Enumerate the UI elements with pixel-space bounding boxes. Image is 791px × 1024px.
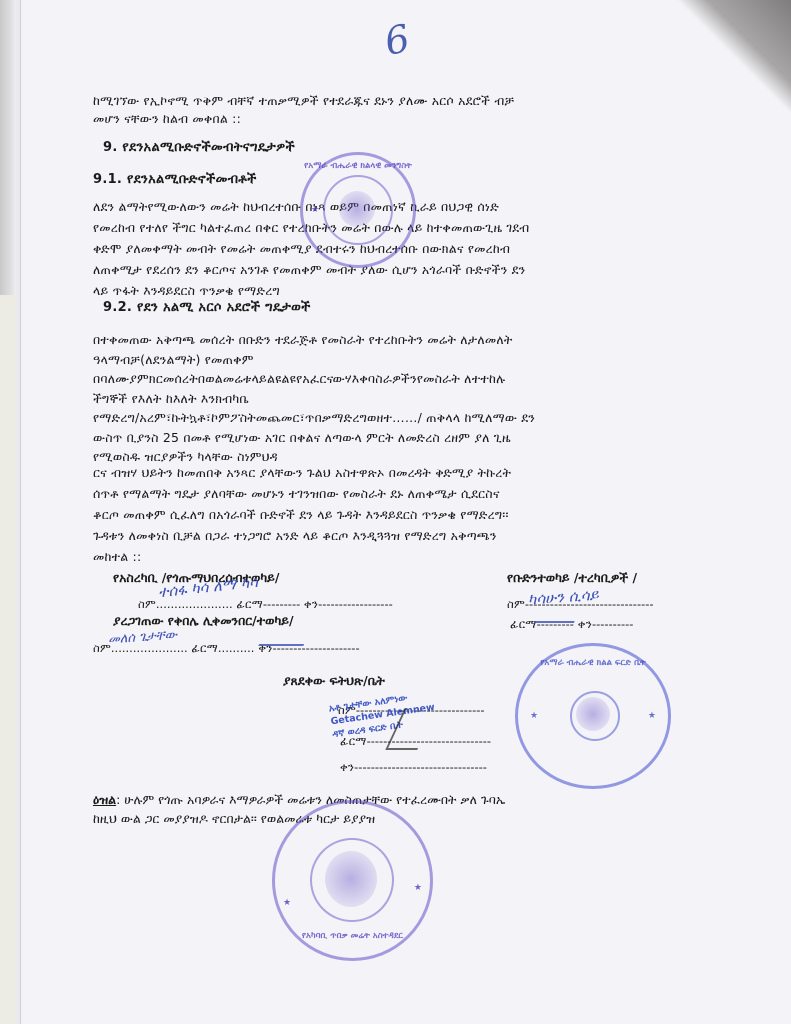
signature-label: ፊርማ [191,641,218,655]
star-icon: ★ [283,898,291,908]
text-line: ጉዳቱን ለመቀነስ ቢቻል በጋራ ተነጋግሮ አንድ ላይ ቆርጦ እንዲጓ… [93,525,713,546]
top-official-stamp: የአማራ ብሔራዊ ክልላዊ መንግስት ★ [300,152,416,268]
court-label: ያጸደቀው ፍትህጽ/ቤት [283,673,385,689]
text-line: የማድረግ/አረም፣ኩትኳቶ፣ኮምፖስትመጨመር፣ጥበቃማድረግወዘተ……/ ጠ… [93,408,713,428]
text-line: ሰጥቶ የማልማት ግዴታ ያለባቸው መሆኑን ተገንዝበው የመስራት ደኑ… [93,483,713,504]
note-text: ሁሉም የጎጡ አባዎራና እማዎራዎች መሬቱን ለመስጠታቸው የተፈረሙበ… [124,792,505,807]
text-line: መከተል :: [93,546,713,567]
section-9-2-paragraph-a: በተቀመጠው አቅጣጫ መሰረት በቡድን ተደራጅቶ የመስራት የተረከቡት… [93,330,713,467]
star-icon: ★ [530,711,538,721]
section-9-2-paragraph-b: ርና ብዝሃ ህይትን ከመጠበቅ አንጻር ያላቸውን ጉልህ አስተዋጽኦ … [93,462,713,567]
section-9-1-heading: 9.1. የደንአልሚቡድኖችመብቶች [93,172,257,187]
date-label: ቀን [304,597,318,611]
group-signature-mark [534,605,582,623]
text-line: በባለሙያምክርመሰረትበወልመሬቱላይልዩልዩየአፈርናውሃእቀባስራዎችንየ… [93,369,713,389]
text-line: ቆርጦ መጠቀም ሲፈለግ በአጎራባች ቡድኖች ደን ላይ ጉዳት እንዳይ… [93,504,713,525]
text-line: ርና ብዝሃ ህይትን ከመጠበቅ አንጻር ያላቸውን ጉልህ አስተዋጽኦ … [93,462,713,483]
group-representative-label: የቡድንተወካይ /ተረካቢዎች / [507,570,637,586]
date-line: ---------- [592,617,634,631]
note-label: ዕዝል [93,792,116,807]
text-line: ዓላማብቻ(ለደንልማት) የመጠቀም [93,350,713,370]
stamp-emblem [325,851,377,907]
section-9-2-heading: 9.2. የደን አልሚ አርሶ አደሮች ግዴታወች [103,300,311,315]
court-date-field: ቀን-------------------------------- [340,760,487,775]
text-line: በተቀመጠው አቅጣጫ መሰረት በቡድን ተደራጅቶ የመስራት የተረከቡት… [93,330,713,350]
star-icon: ★ [414,883,422,893]
text-line: ችግኞች የእለት ከእለት እንክብካቤ [93,389,713,409]
bottom-office-stamp: የአካባቢ ጥበቃ መሬት አስተዳደር ★ ★ [272,800,433,961]
name-label: ስም [138,597,156,611]
star-icon: ★ [311,205,319,215]
stamp-text: የአማራ ብሔራዊ ክልል ፍርድ ቤት [518,658,668,668]
stamp-emblem [576,697,610,731]
signature-label: ፊርማ [510,617,537,631]
section-9-heading: 9. የደንአልሚቡድኖችመብትናግዴታዎች [103,140,295,155]
star-icon: ★ [648,711,656,721]
text-line: መሆን ናቸውን ከልብ መቀበል :: [93,110,713,128]
text-line: ውስጥ ቢያንስ 25 በመቶ የሚሆነው አገር በቀልና ለጣውላ ምርት … [93,428,713,448]
text-line: ላይ ጥፋት እንዳይደርስ ጥንቃቄ የማድረግ [93,280,713,301]
text-line: ዕዝል: ሁሉም የጎጡ አባዎራና እማዎራዎች መሬቱን ለመስጠታቸው የ… [93,790,713,809]
stamp-text: የአካባቢ ጥበቃ መሬት አስተዳደር [275,931,430,941]
signature-line: ------------------------------ [367,734,492,748]
text-line: ለጠቀሚታ የደረሰን ደን ቆርጦና አንገቶ የመጠቀም መብት ያለው ሲ… [93,259,713,280]
date-label: ቀን [578,617,592,631]
name-label: ስም [507,597,525,611]
signature-label: ፊርማ [236,597,263,611]
date-label: ቀን [340,760,354,774]
scan-left-edge-lower [0,295,16,1024]
date-line: ------------------ [318,597,393,611]
stamp-emblem [339,191,375,227]
intro-paragraph: ከሚገኘው የኢኮኖሚ ጥቅም ብቸኛ ተጠቃሚዎች የተደራጁና ደኑን ያለ… [93,92,713,128]
stamp-text: የአማራ ብሔራዊ ክልላዊ መንግስት [303,161,413,171]
scan-left-edge [0,0,16,1024]
signature-line: --------- [263,597,304,611]
right-court-stamp: የአማራ ብሔራዊ ክልል ፍርድ ቤት ★ ★ [515,643,671,789]
kebele-signature-mark [258,630,310,646]
kebele-chairman-label: ያረጋገጠው የቀበሌ ሊቀመንበር/ተወካይ/ [113,613,294,629]
text-line: ከሚገኘው የኢኮኖሚ ጥቅም ብቸኛ ተጠቃሚዎች የተደራጁና ደኑን ያለ… [93,92,713,110]
date-line: -------------------------------- [354,760,487,774]
signature-line: .......... [218,641,255,655]
